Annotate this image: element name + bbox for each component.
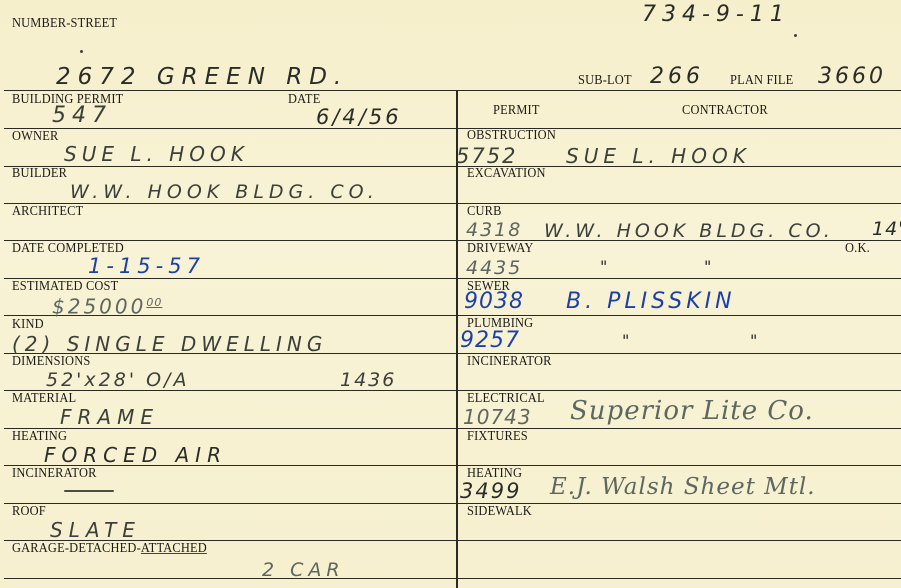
sub-lot-value: 266: [650, 66, 704, 88]
driveway-note: O.K.: [845, 241, 870, 255]
file-number: 734-9-11: [642, 4, 790, 26]
sewer-contractor: B. PLISSKIN: [566, 291, 736, 313]
driveway-label: DRIVEWAY: [467, 241, 534, 255]
date-completed-label: DATE COMPLETED: [12, 241, 124, 255]
building-permit-card: NUMBER-STREET 734-9-11 2672 GREEN RD. SU…: [0, 0, 901, 588]
driveway-permit: 4435: [466, 257, 522, 279]
incinerator-permit-label: INCINERATOR: [467, 354, 552, 368]
estimated-cost-label: ESTIMATED COST: [12, 279, 118, 293]
row-rule: [4, 90, 901, 91]
garage-label-attached: ATTACHED: [141, 540, 207, 555]
material-value: FRAME: [60, 406, 159, 428]
dimensions-extra: 1436: [340, 369, 396, 391]
architect-label: ARCHITECT: [12, 204, 83, 218]
material-label: MATERIAL: [12, 391, 76, 405]
fixtures-label: FIXTURES: [467, 429, 528, 443]
permit-column-header: PERMIT: [493, 103, 540, 117]
kind-value: (2) SINGLE DWELLING: [12, 333, 327, 355]
electrical-label: ELECTRICAL: [467, 391, 545, 405]
row-rule: [4, 278, 901, 279]
estimated-cost-cents: 00: [146, 296, 162, 309]
heating-permit-label: HEATING: [467, 466, 522, 480]
curb-note: 14': [872, 218, 901, 240]
estimated-cost-value: $2500000: [52, 292, 162, 318]
obstruction-label: OBSTRUCTION: [467, 128, 556, 142]
curb-permit: 4318: [466, 219, 522, 241]
heating-value: FORCED AIR: [44, 444, 227, 466]
row-rule: [4, 128, 901, 129]
garage-value: 2 CAR: [262, 559, 345, 581]
garage-label: GARAGE-DETACHED-ATTACHED: [12, 541, 207, 555]
row-rule: [4, 503, 901, 504]
garage-label-prefix: GARAGE-DETACHED-: [12, 540, 141, 555]
dimensions-label: DIMENSIONS: [12, 354, 90, 368]
incinerator-dash: [64, 490, 114, 492]
plan-file-value: 3660: [818, 66, 886, 88]
ink-speck: [80, 50, 83, 53]
heating-permit: 3499: [460, 480, 521, 502]
row-rule: [4, 578, 901, 579]
owner-value: SUE L. HOOK: [64, 143, 249, 165]
electrical-contractor: Superior Lite Co.: [570, 400, 814, 422]
row-rule: [4, 203, 901, 204]
building-permit-value: 547: [52, 105, 112, 127]
incinerator-label: INCINERATOR: [12, 466, 97, 480]
sidewalk-label: SIDEWALK: [467, 504, 532, 518]
plumbing-ditto-1: ": [622, 330, 634, 352]
heating-contractor: E.J. Walsh Sheet Mtl.: [550, 476, 816, 498]
driveway-ditto-1: ": [600, 256, 612, 278]
contractor-column-header: CONTRACTOR: [682, 103, 768, 117]
plumbing-permit: 9257: [460, 330, 520, 352]
date-value: 6/4/56: [316, 106, 402, 128]
estimated-cost-amount: $25000: [52, 295, 146, 319]
curb-contractor: W.W. HOOK BLDG. CO.: [544, 220, 834, 242]
number-street-label: NUMBER-STREET: [12, 16, 117, 30]
kind-label: KIND: [12, 317, 44, 331]
date-label: DATE: [288, 92, 320, 106]
owner-label: OWNER: [12, 129, 58, 143]
builder-value: W.W. HOOK BLDG. CO.: [70, 181, 379, 203]
sub-lot-label: SUB-LOT: [578, 73, 632, 87]
electrical-permit: 10743: [463, 406, 532, 428]
excavation-label: EXCAVATION: [467, 166, 546, 180]
curb-label: CURB: [467, 204, 502, 218]
obstruction-contractor: SUE L. HOOK: [566, 145, 751, 167]
builder-label: BUILDER: [12, 166, 67, 180]
number-street-value: 2672 GREEN RD.: [56, 66, 348, 88]
roof-value: SLATE: [50, 519, 141, 541]
ink-speck: [794, 34, 797, 37]
plan-file-label: PLAN FILE: [730, 73, 793, 87]
roof-label: ROOF: [12, 504, 46, 518]
driveway-ditto-2: ": [704, 256, 716, 278]
heating-label: HEATING: [12, 429, 67, 443]
dimensions-value: 52'x28' O/A: [46, 369, 189, 391]
date-completed-value: 1-15-57: [88, 255, 205, 277]
obstruction-permit: 5752: [456, 145, 517, 167]
row-rule: [4, 166, 901, 167]
sewer-permit: 9038: [464, 291, 524, 313]
plumbing-ditto-2: ": [750, 330, 762, 352]
